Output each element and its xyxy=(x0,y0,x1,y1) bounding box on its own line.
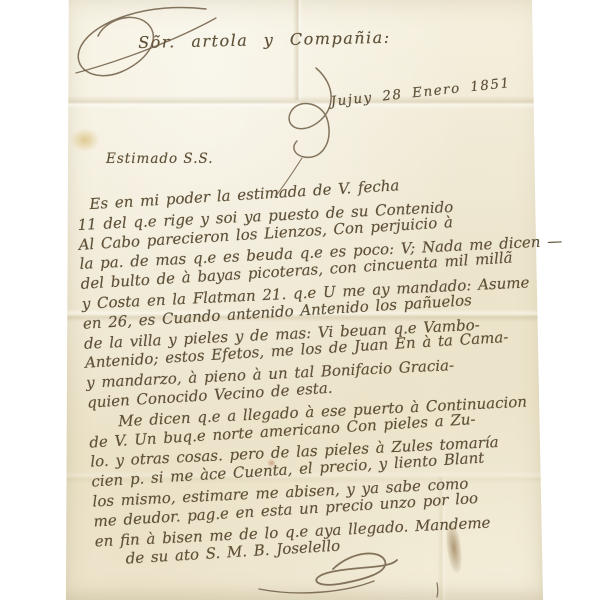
fold-crease-vertical-top xyxy=(293,0,303,100)
salutation-line: Estimado S.S. xyxy=(106,151,214,167)
letter-photo: Sõr. artola y Compañia: Jujuy 28 Enero 1… xyxy=(0,0,600,600)
fold-crease-horizontal-top xyxy=(64,96,544,109)
letter-body: Es en mi poder la estimada de V. fecha 1… xyxy=(76,171,552,571)
paper-stain xyxy=(70,128,100,152)
